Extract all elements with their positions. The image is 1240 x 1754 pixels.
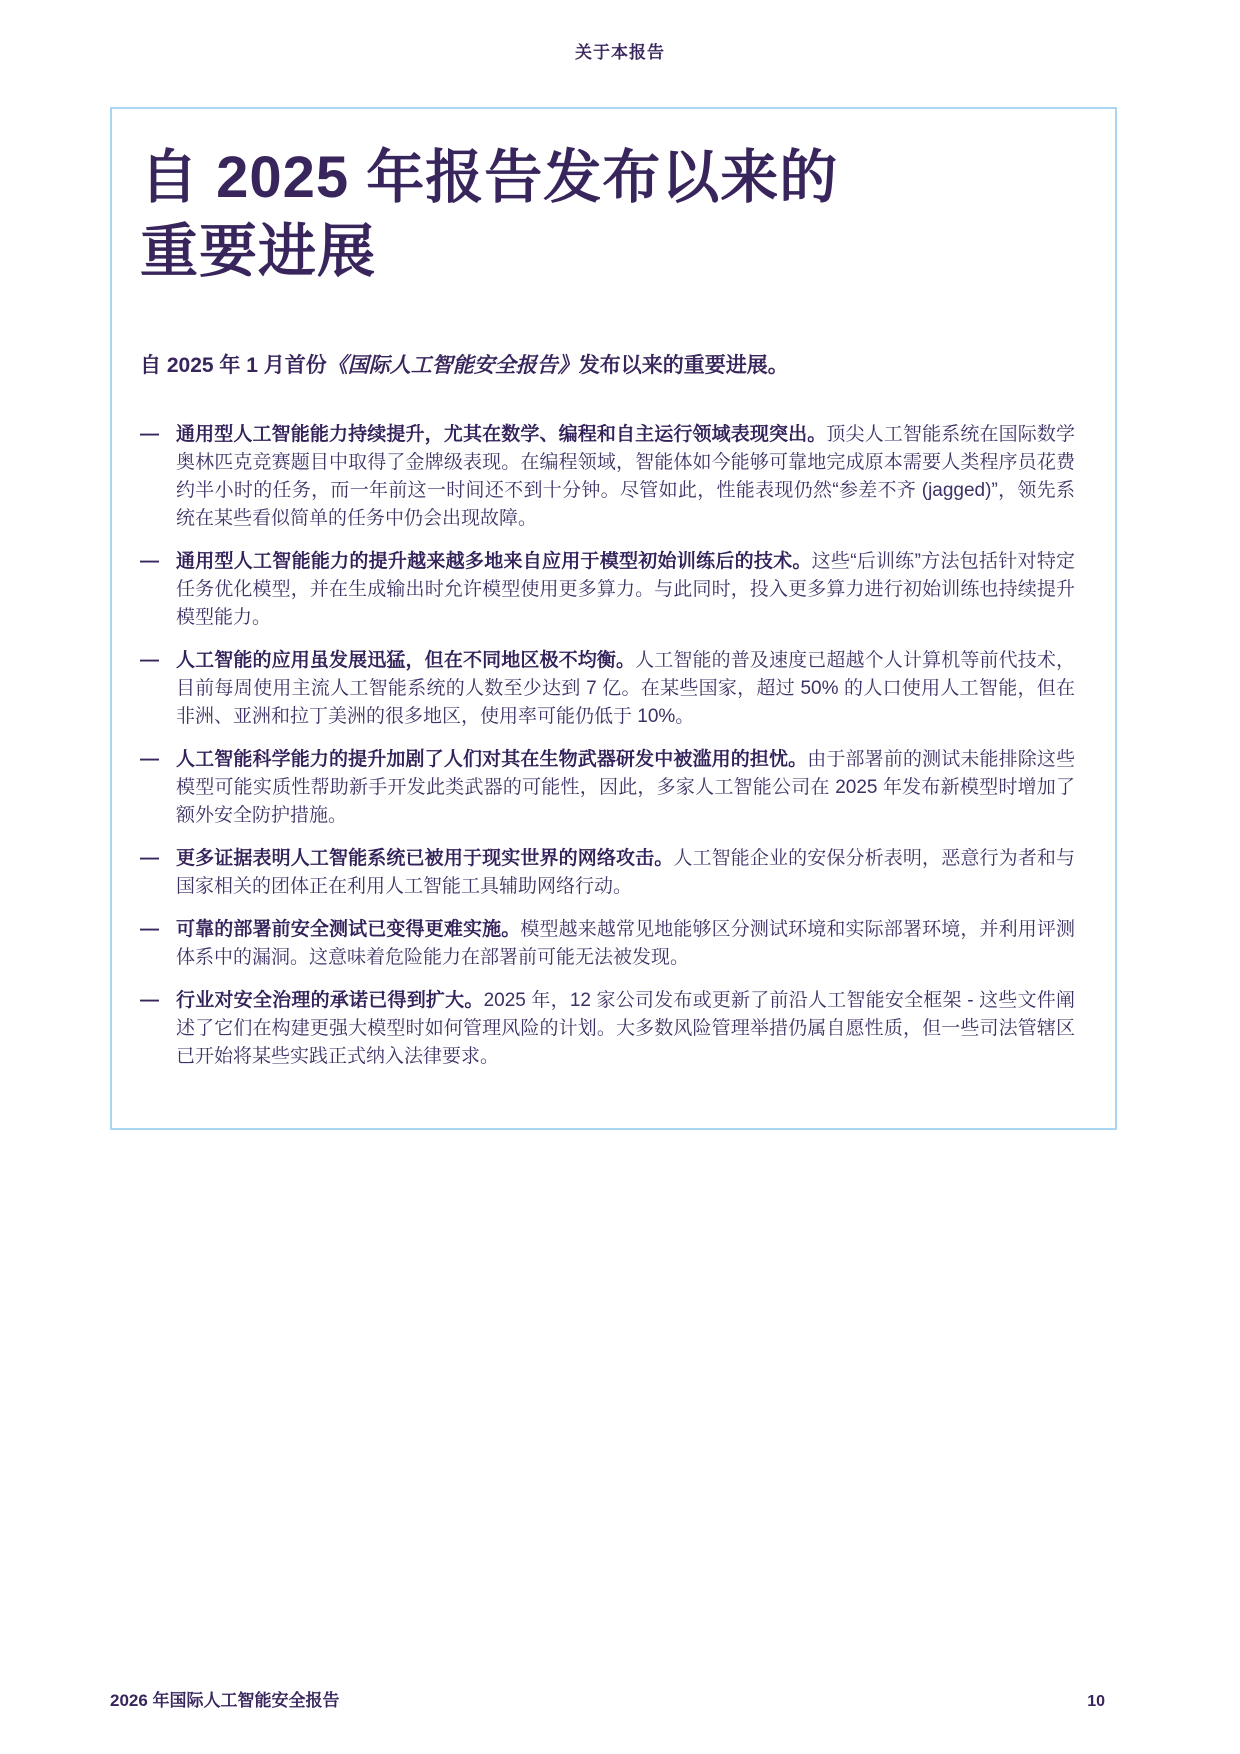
dash-bullet-marker: — (140, 548, 176, 632)
intro-prefix: 自 2025 年 1 月首份 (140, 354, 327, 377)
card-intro: 自 2025 年 1 月首份《国际人工智能安全报告》发布以来的重要进展。 (140, 351, 1075, 380)
footer-report-title: 2026 年国际人工智能安全报告 (110, 1686, 340, 1711)
list-item: — 通用型人工智能能力持续提升，尤其在数学、编程和自主运行领域表现突出。顶尖人工… (140, 421, 1075, 533)
intro-book-title: 《国际人工智能安全报告》 (327, 354, 579, 377)
bullet-text: 更多证据表明人工智能系统已被用于现实世界的网络攻击。人工智能企业的安保分析表明，… (176, 845, 1075, 901)
dash-bullet-marker: — (140, 916, 176, 972)
bullet-list: — 通用型人工智能能力持续提升，尤其在数学、编程和自主运行领域表现突出。顶尖人工… (140, 421, 1075, 1071)
bullet-lead: 人工智能科学能力的提升加剧了人们对其在生物武器研发中被滥用的担忧。 (176, 749, 807, 770)
list-item: — 人工智能科学能力的提升加剧了人们对其在生物武器研发中被滥用的担忧。由于部署前… (140, 746, 1075, 830)
bullet-lead: 可靠的部署前安全测试已变得更难实施。 (176, 919, 520, 940)
page-header-title: 关于本报告 (0, 38, 1240, 63)
card-title-line2: 重要进展 (140, 219, 376, 284)
bullet-text: 行业对安全治理的承诺已得到扩大。2025 年，12 家公司发布或更新了前沿人工智… (176, 987, 1075, 1071)
list-item: — 行业对安全治理的承诺已得到扩大。2025 年，12 家公司发布或更新了前沿人… (140, 987, 1075, 1071)
list-item: — 通用型人工智能能力的提升越来越多地来自应用于模型初始训练后的技术。这些“后训… (140, 548, 1075, 632)
dash-bullet-marker: — (140, 987, 176, 1071)
bullet-lead: 更多证据表明人工智能系统已被用于现实世界的网络攻击。 (176, 848, 673, 869)
dash-bullet-marker: — (140, 746, 176, 830)
bullet-lead: 行业对安全治理的承诺已得到扩大。 (176, 990, 484, 1011)
dash-bullet-marker: — (140, 647, 176, 731)
bullet-lead: 通用型人工智能能力持续提升，尤其在数学、编程和自主运行领域表现突出。 (176, 424, 826, 445)
list-item: — 可靠的部署前安全测试已变得更难实施。模型越来越常见地能够区分测试环境和实际部… (140, 916, 1075, 972)
intro-suffix: 发布以来的重要进展。 (579, 354, 789, 377)
bullet-text: 人工智能的应用虽发展迅猛，但在不同地区极不均衡。人工智能的普及速度已超越个人计算… (176, 647, 1075, 731)
dash-bullet-marker: — (140, 421, 176, 533)
page-number: 10 (1087, 1693, 1105, 1711)
bullet-lead: 通用型人工智能能力的提升越来越多地来自应用于模型初始训练后的技术。 (176, 551, 812, 572)
document-page: 关于本报告 自 2025 年报告发布以来的重要进展 自 2025 年 1 月首份… (0, 0, 1240, 1754)
bullet-text: 可靠的部署前安全测试已变得更难实施。模型越来越常见地能够区分测试环境和实际部署环… (176, 916, 1075, 972)
bullet-lead: 人工智能的应用虽发展迅猛，但在不同地区极不均衡。 (176, 650, 635, 671)
list-item: — 人工智能的应用虽发展迅猛，但在不同地区极不均衡。人工智能的普及速度已超越个人… (140, 647, 1075, 731)
card-title-line1: 自 2025 年报告发布以来的 (140, 145, 838, 210)
bullet-text: 通用型人工智能能力持续提升，尤其在数学、编程和自主运行领域表现突出。顶尖人工智能… (176, 421, 1075, 533)
bullet-text: 通用型人工智能能力的提升越来越多地来自应用于模型初始训练后的技术。这些“后训练”… (176, 548, 1075, 632)
dash-bullet-marker: — (140, 845, 176, 901)
list-item: — 更多证据表明人工智能系统已被用于现实世界的网络攻击。人工智能企业的安保分析表… (140, 845, 1075, 901)
page-footer: 2026 年国际人工智能安全报告 10 (110, 1686, 1105, 1711)
bullet-text: 人工智能科学能力的提升加剧了人们对其在生物武器研发中被滥用的担忧。由于部署前的测… (176, 746, 1075, 830)
highlights-card: 自 2025 年报告发布以来的重要进展 自 2025 年 1 月首份《国际人工智… (110, 107, 1117, 1130)
card-title: 自 2025 年报告发布以来的重要进展 (140, 141, 1075, 289)
